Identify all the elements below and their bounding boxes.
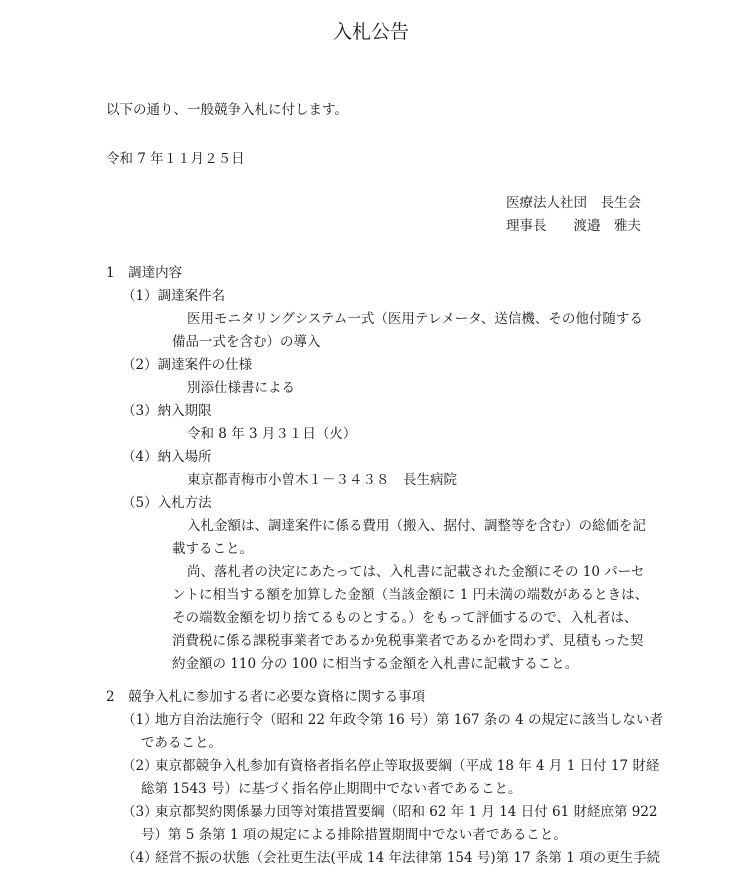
section-2-item-4-line: 経営不振の状態（会社更生法(平成 14 年法律第 154 号)第 17 条第 1… [155,850,660,866]
section-1-item-3-label: （3）納入期限 [122,403,212,419]
page-title: 入札公告 [0,21,742,43]
section-1-item-5-line: 載すること。 [172,541,253,557]
section-2-item-3-line: 東京都契約関係暴力団等対策措置要綱（昭和 62 年 1 月 14 日付 61 財… [155,804,658,820]
section-1-item-1-line: 医用モニタリングシステム一式（医用テレメータ、送信機、その他付随する [187,311,643,327]
section-2-item-1-line: であること。 [141,735,222,751]
section-2-heading: 2 競争入札に参加する者に必要な資格に関する事項 [106,689,425,705]
section-1-item-2-label: （2）調達案件の仕様 [122,357,252,373]
section-1-heading: 1 調達内容 [106,265,182,281]
section-1-item-1-label: （1）調達案件名 [122,288,225,304]
issuer-representative: 理事長 渡邉 雅夫 [506,218,641,234]
section-1-item-4-label: （4）納入場所 [122,449,212,465]
section-1-item-3-line: 令和 8 年 3 月３１日（火） [187,426,356,442]
section-2-item-2-line: 東京都競争入札参加有資格者指名停止等取扱要綱（平成 18 年 4 月 1 日付 … [155,758,659,774]
section-1-item-5-line: その端数金額を切り捨てるものとする。）をもって評価するので、入札者は、 [172,610,637,626]
section-2-item-2-label: （2） [122,758,158,774]
issuer-organization: 医療法人社団 長生会 [506,195,641,211]
section-2-item-3-label: （3） [122,804,158,820]
section-1-item-5-line: 入札金額は、調達案件に係る費用（搬入、据付、調整等を含む）の総価を記 [187,518,646,534]
section-1-item-4-line: 東京都青梅市小曽木１－３４３８ 長生病院 [187,472,457,488]
section-1-item-2-line: 別添仕様書による [187,380,295,396]
section-1-item-5-line: 尚、落札者の決定にあたっては、入札書に記載された金額にその 10 パーセ [187,564,645,580]
section-2-item-4-label: （4） [122,850,158,866]
section-2-item-3-line: 号）第 5 条第 1 項の規定による排除措置期間中でない者であること。 [141,827,567,843]
section-2-item-2-line: 総第 1543 号）に基づく指名停止期間中でない者であること。 [141,781,521,797]
section-1-item-5-line: 消費税に係る課税事業者であるか免税事業者であるかを問わず、見積もった契 [172,633,643,649]
section-2-item-1-label: （1） [122,712,158,728]
section-1-item-5-label: （5）入札方法 [122,495,212,511]
section-1-item-1-line: 備品一式を含む）の導入 [172,334,321,350]
section-1-item-5-line: 約金額の 110 分の 100 に相当する金額を入札書に記載すること。 [172,656,578,672]
section-1-item-5-line: ントに相当する額を加算した金額（当該金額に 1 円未満の端数があるときは、 [172,587,648,603]
intro-text: 以下の通り、一般競争入札に付します。 [106,102,348,118]
notice-date: 令和 7 年１１月２５日 [106,151,245,167]
section-2-item-1-line: 地方自治法施行令（昭和 22 年政令第 16 号）第 167 条の 4 の規定に… [155,712,663,728]
